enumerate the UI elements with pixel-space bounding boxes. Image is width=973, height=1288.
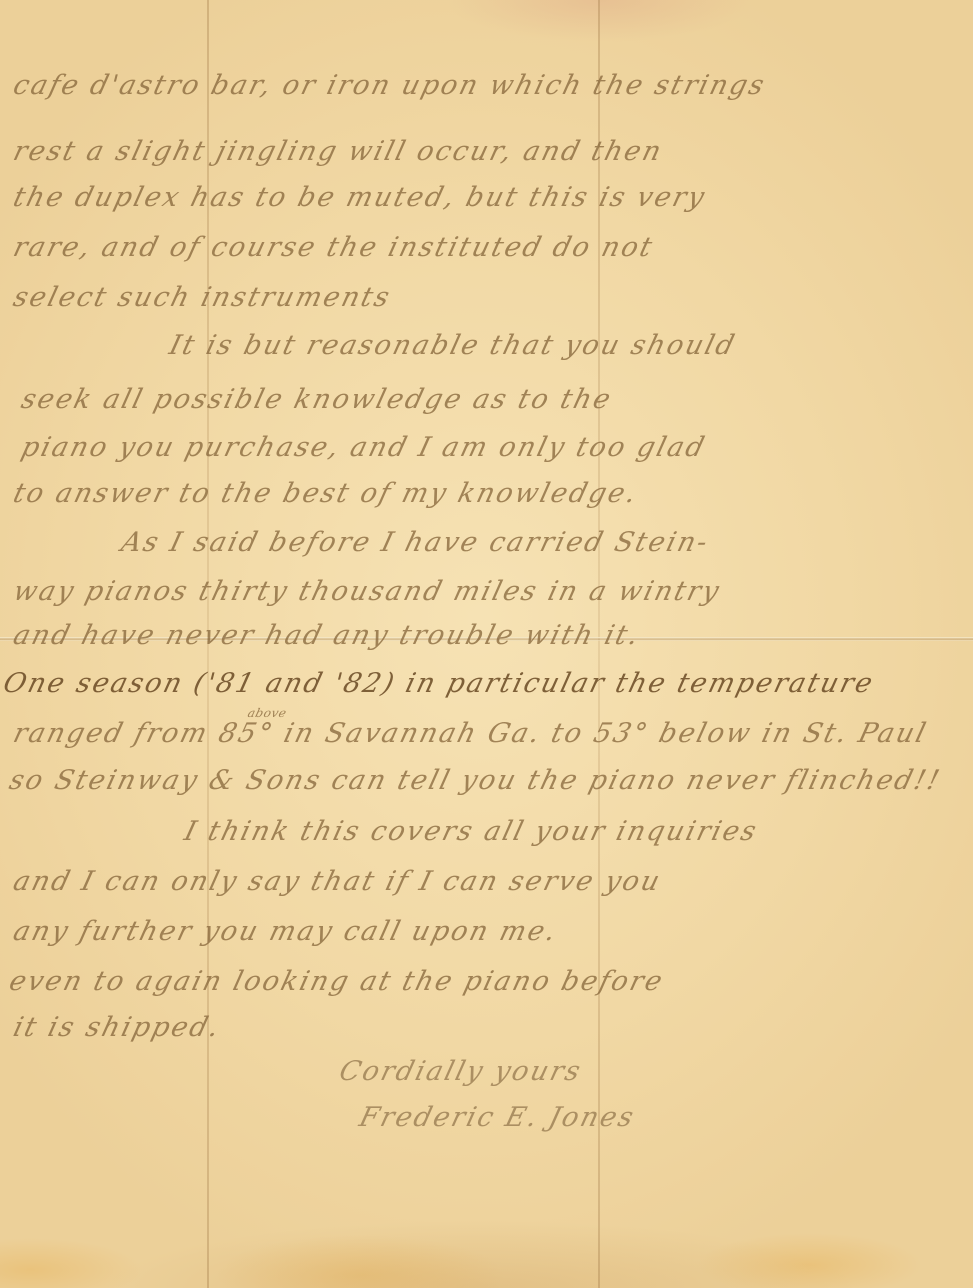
letter-line: it is shipped. — [10, 1012, 224, 1043]
letter-line: so Steinway & Sons can tell you the pian… — [6, 765, 944, 796]
letter-line: ranged from 85° in Savannah Ga. to 53° b… — [10, 718, 931, 749]
letter-line: rare, and of course the instituted do no… — [10, 232, 657, 263]
letter-line: to answer to the best of my knowledge. — [10, 478, 641, 509]
closing: Cordially yours — [336, 1056, 585, 1087]
letter-line: I think this covers all your inquiries — [181, 816, 761, 847]
letter-line: cafe d'astro bar, or iron upon which the… — [10, 70, 769, 101]
letter-line: select such instruments — [10, 282, 394, 313]
letter-line: rest a slight jingling will occur, and t… — [10, 136, 666, 167]
letter-line: and I can only say that if I can serve y… — [10, 866, 665, 897]
signature: Frederic E. Jones — [356, 1102, 638, 1133]
letter-line: way pianos thirty thousand miles in a wi… — [10, 576, 724, 607]
letter-line: As I said before I have carried Stein- — [118, 527, 712, 558]
letter-line: seek all possible knowledge as to the — [18, 384, 616, 415]
letter-line: One season ('81 and '82) in particular t… — [0, 668, 878, 699]
letter-line: even to again looking at the piano befor… — [6, 966, 667, 997]
letter-line: and have never had any trouble with it. — [10, 620, 643, 651]
letter-line: piano you purchase, and I am only too gl… — [18, 432, 709, 463]
letter-page: cafe d'astro bar, or iron upon which the… — [0, 0, 973, 1288]
letter-line: the duplex has to be muted, but this is … — [10, 182, 709, 213]
letter-line: It is but reasonable that you should — [166, 330, 739, 361]
letter-line: any further you may call upon me. — [10, 916, 561, 947]
